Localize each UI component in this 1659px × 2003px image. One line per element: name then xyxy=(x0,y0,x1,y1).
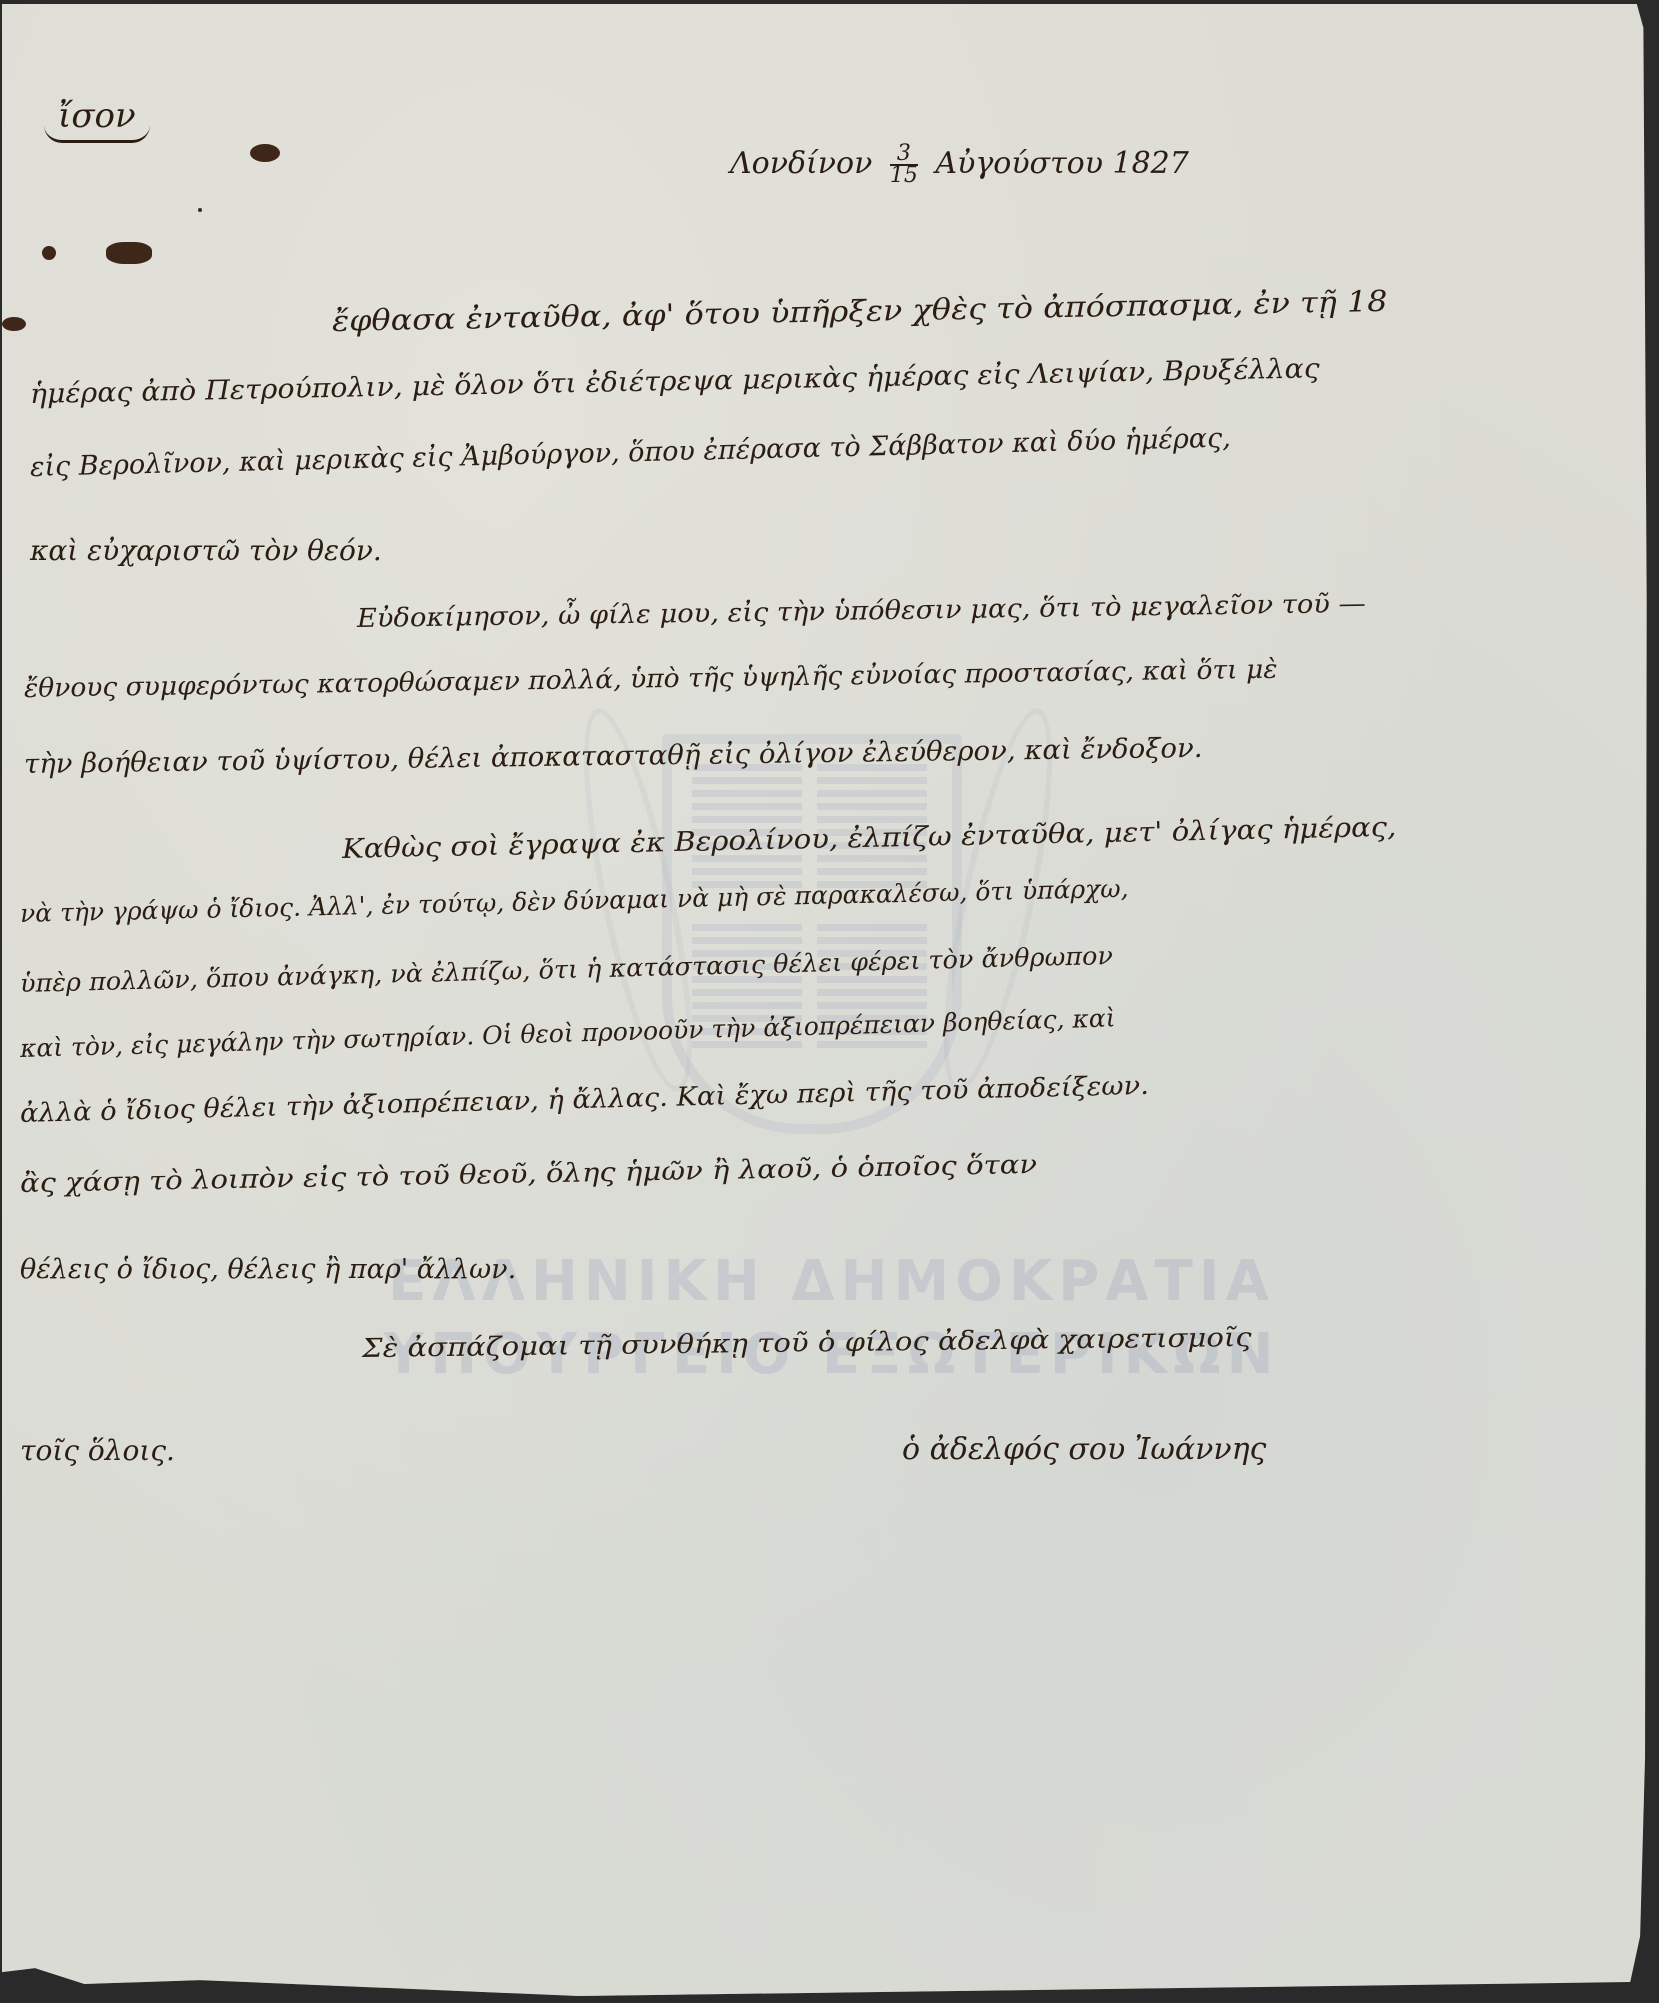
paragraph-3-line-6: ἂς χάσῃ τὸ λοιπὸν εἰς τὸ τοῦ θεοῦ, ὅλης … xyxy=(20,1150,1038,1199)
paragraph-1-line-1: ἔφθασα ἐνταῦθα, ἀφ' ὅτου ὑπῆρξεν χθὲς τὸ… xyxy=(332,284,1388,338)
ink-dot xyxy=(198,208,202,212)
ink-blot xyxy=(250,144,280,162)
paragraph-1-line-2: ἡμέρας ἀπὸ Πετρούπολιν, μὲ ὅλον ὅτι ἐδιέ… xyxy=(30,353,1320,410)
header-mark: ἴσον xyxy=(44,96,150,143)
ink-blot xyxy=(42,246,56,260)
paragraph-3-line-4: καὶ τὸν, εἰς μεγάλην τὴν σωτηρίαν. Οἱ θε… xyxy=(20,1003,1116,1063)
dateline-year: 1827 xyxy=(1112,146,1188,181)
ink-blot xyxy=(106,242,152,264)
dateline-place: Λονδίνον xyxy=(730,146,872,181)
paragraph-3-line-5: ἀλλὰ ὁ ἴδιος θέλει τὴν ἀξιοπρέπειαν, ἡ ἄ… xyxy=(20,1071,1150,1129)
paragraph-1-line-4: καὶ εὐχαριστῶ τὸν θεόν. xyxy=(30,534,382,567)
paragraph-2-line-3: τὴν βοήθειαν τοῦ ὑψίστου, θέλει ἀποκατασ… xyxy=(24,733,1203,780)
paragraph-3-line-3: ὑπὲρ πολλῶν, ὅπου ἀνάγκη, νὰ ἐλπίζω, ὅτι… xyxy=(20,941,1114,998)
coat-of-arms-watermark-icon xyxy=(662,734,962,1134)
paragraph-3-line-7: θέλεις ὁ ἴδιος, θέλεις ἢ παρ' ἄλλων. xyxy=(20,1254,516,1285)
letter-page: ΕΛΛΗΝΙΚΗ ΔΗΜΟΚΡΑΤΙΑ ΥΠΟΥΡΓΕΙΟ ΕΞΩΤΕΡΙΚΩΝ… xyxy=(2,4,1650,1996)
paragraph-3-line-2: νὰ τὴν γράψω ὁ ἴδιος. Ἀλλ', ἐν τούτῳ, δὲ… xyxy=(20,874,1129,928)
signature: ὁ ἀδελφός σου Ἰωάννης xyxy=(902,1432,1266,1467)
paragraph-2-line-1: Εὐδοκίμησον, ὦ φίλε μου, εἰς τὴν ὑπόθεσι… xyxy=(357,589,1366,634)
closing-left: τοῖς ὅλοις. xyxy=(20,1434,175,1467)
dateline: Λονδίνον 3 15 Αὐγούστου 1827 xyxy=(730,144,1189,186)
ink-blot xyxy=(2,317,26,331)
paragraph-1-line-3: εἰς Βερολῖνον, καὶ μερικὰς εἰς Ἀμβούργον… xyxy=(30,423,1231,483)
paragraph-2-line-2: ἔθνους συμφερόντως κατορθώσαμεν πολλά, ὑ… xyxy=(24,655,1278,704)
paragraph-3-line-1: Καθὼς σοὶ ἔγραψα ἐκ Βερολίνου, ἐλπίζω ἐν… xyxy=(342,812,1397,865)
dateline-day: 3 15 xyxy=(890,144,918,186)
dateline-month: Αὐγούστου xyxy=(935,146,1103,181)
